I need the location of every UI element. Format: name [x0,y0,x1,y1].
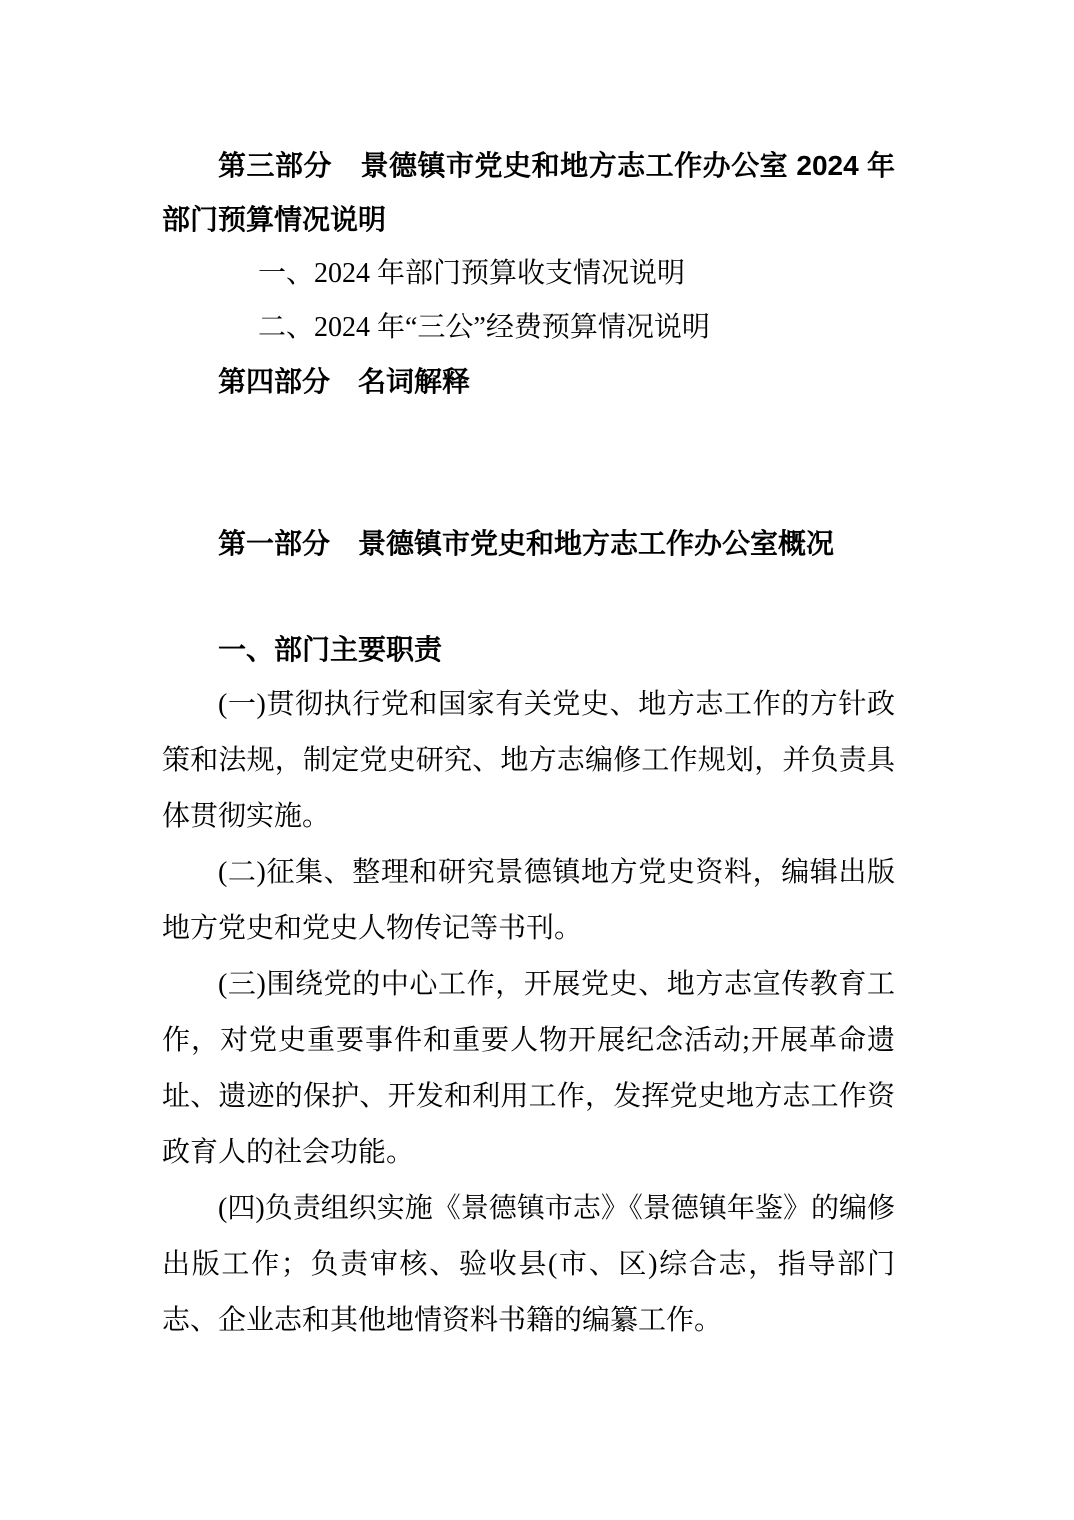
toc-part3-item-1: 一、2024 年部门预算收支情况说明 [162,247,895,301]
duty-paragraph-3: (三)围绕党的中心工作，开展党史、地方志宣传教育工作，对党史重要事件和重要人物开… [162,957,895,1181]
document-page: 第三部分 景德镇市党史和地方志工作办公室 2024 年部门预算情况说明 一、20… [0,0,1074,1520]
toc-part4-title: 第四部分 名词解释 [162,355,895,409]
toc-part3-title: 第三部分 景德镇市党史和地方志工作办公室 2024 年部门预算情况说明 [162,139,895,247]
toc-part3-item-2: 二、2024 年“三公”经费预算情况说明 [162,301,895,355]
duty-paragraph-1: (一)贯彻执行党和国家有关党史、地方志工作的方针政策和法规，制定党史研究、地方志… [162,677,895,845]
duties-section-heading: 一、部门主要职责 [162,623,895,677]
duty-paragraph-2: (二)征集、整理和研究景德镇地方党史资料，编辑出版地方党史和党史人物传记等书刊。 [162,845,895,957]
part1-heading: 第一部分 景德镇市党史和地方志工作办公室概况 [162,517,895,571]
duty-paragraph-4: (四)负责组织实施《景德镇市志》《景德镇年鉴》的编修出版工作；负责审核、验收县(… [162,1181,895,1349]
document-content: 第三部分 景德镇市党史和地方志工作办公室 2024 年部门预算情况说明 一、20… [0,0,1074,1520]
